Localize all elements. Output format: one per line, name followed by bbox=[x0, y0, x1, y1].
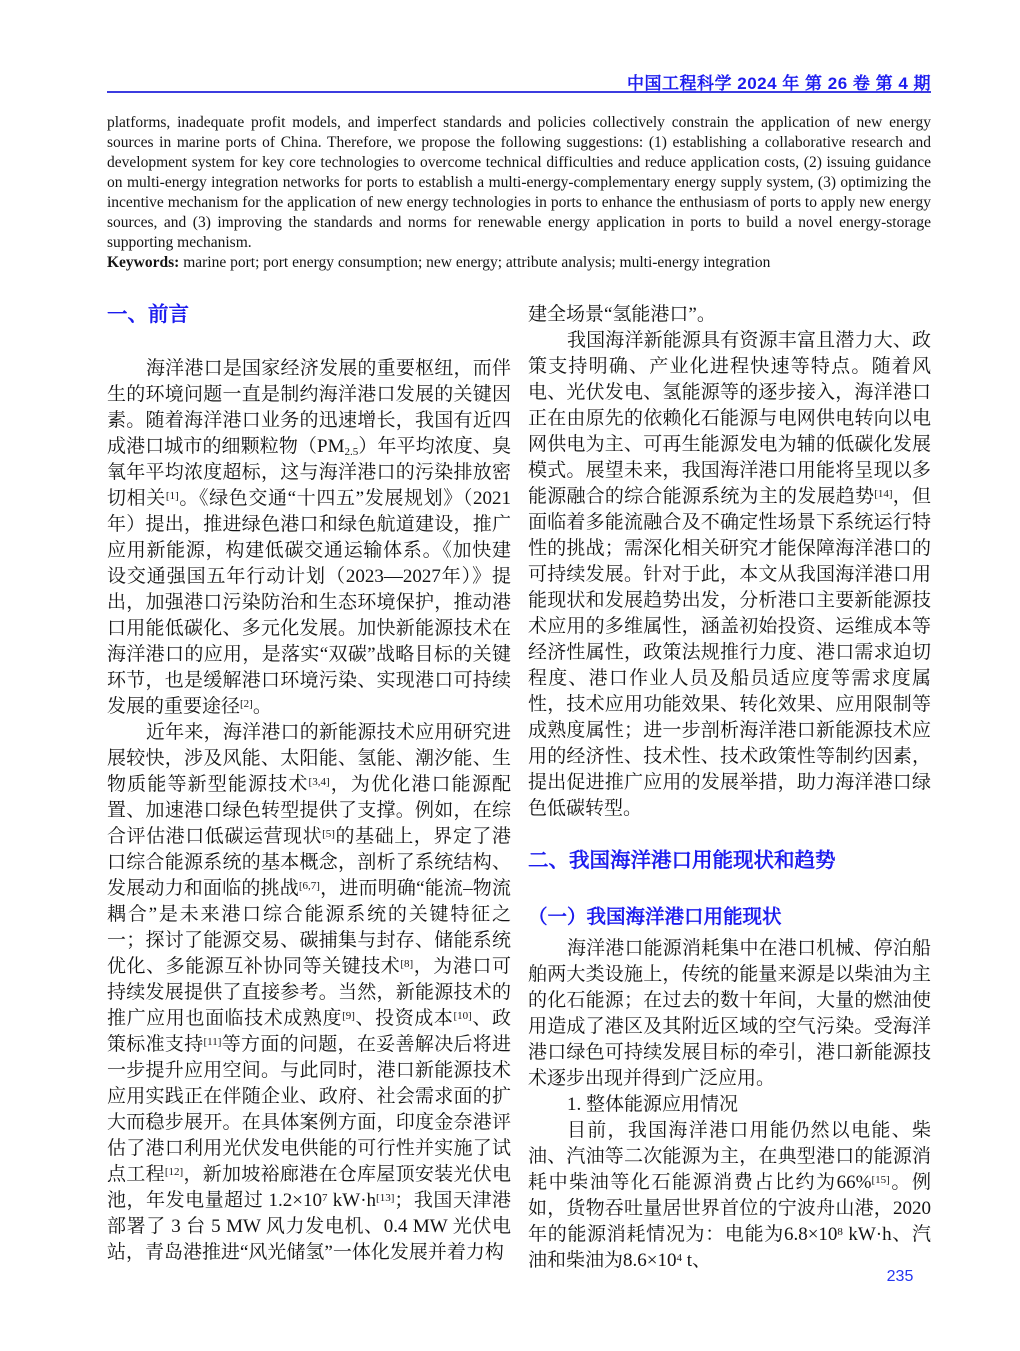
intro-paragraph-1: 海洋港口是国家经济发展的重要枢纽，而伴生的环境问题一直是制约海洋港口发展的关键因… bbox=[107, 356, 511, 720]
intro-paragraph-2: 近年来，海洋港口的新能源技术应用研究进展较快，涉及风能、太阳能、氢能、潮汐能、生… bbox=[107, 720, 511, 1266]
journal-page: 中国工程科学 2024 年 第 26 卷 第 4 期 platforms, in… bbox=[0, 0, 1020, 1351]
keywords-label: Keywords: bbox=[107, 254, 179, 271]
abstract-block: platforms, inadequate profit models, and… bbox=[107, 113, 931, 273]
section-2-title: 二、我国海洋港口用能现状和趋势 bbox=[528, 848, 931, 874]
subitem-1-title: 1. 整体能源应用情况 bbox=[528, 1092, 931, 1118]
keywords-text: marine port; port energy consumption; ne… bbox=[179, 254, 770, 271]
keywords-line: Keywords: marine port; port energy consu… bbox=[107, 253, 931, 273]
energy-usage-paragraph: 目前，我国海洋港口用能仍然以电能、柴油、汽油等二次能源为主，在典型港口的能源消耗… bbox=[528, 1118, 931, 1274]
right-column: 建全场景“氢能港口”。 我国海洋新能源具有资源丰富且潜力大、政策支持明确、产业化… bbox=[528, 302, 931, 1274]
section-2-1-title: （一）我国海洋港口用能现状 bbox=[528, 904, 931, 930]
continuation-paragraph: 建全场景“氢能港口”。 bbox=[528, 302, 931, 328]
left-column: 一、前言 海洋港口是国家经济发展的重要枢纽，而伴生的环境问题一直是制约海洋港口发… bbox=[107, 302, 511, 1266]
marine-new-energy-paragraph: 我国海洋新能源具有资源丰富且潜力大、政策支持明确、产业化进程快速等特点。随着风电… bbox=[528, 328, 931, 822]
header-rule bbox=[107, 91, 931, 93]
page-number: 235 bbox=[870, 1268, 930, 1286]
abstract-text: platforms, inadequate profit models, and… bbox=[107, 113, 931, 253]
energy-status-paragraph: 海洋港口能源消耗集中在港口机械、停泊船舶两大类设施上，传统的能量来源是以柴油为主… bbox=[528, 936, 931, 1092]
section-1-title: 一、前言 bbox=[107, 302, 511, 328]
